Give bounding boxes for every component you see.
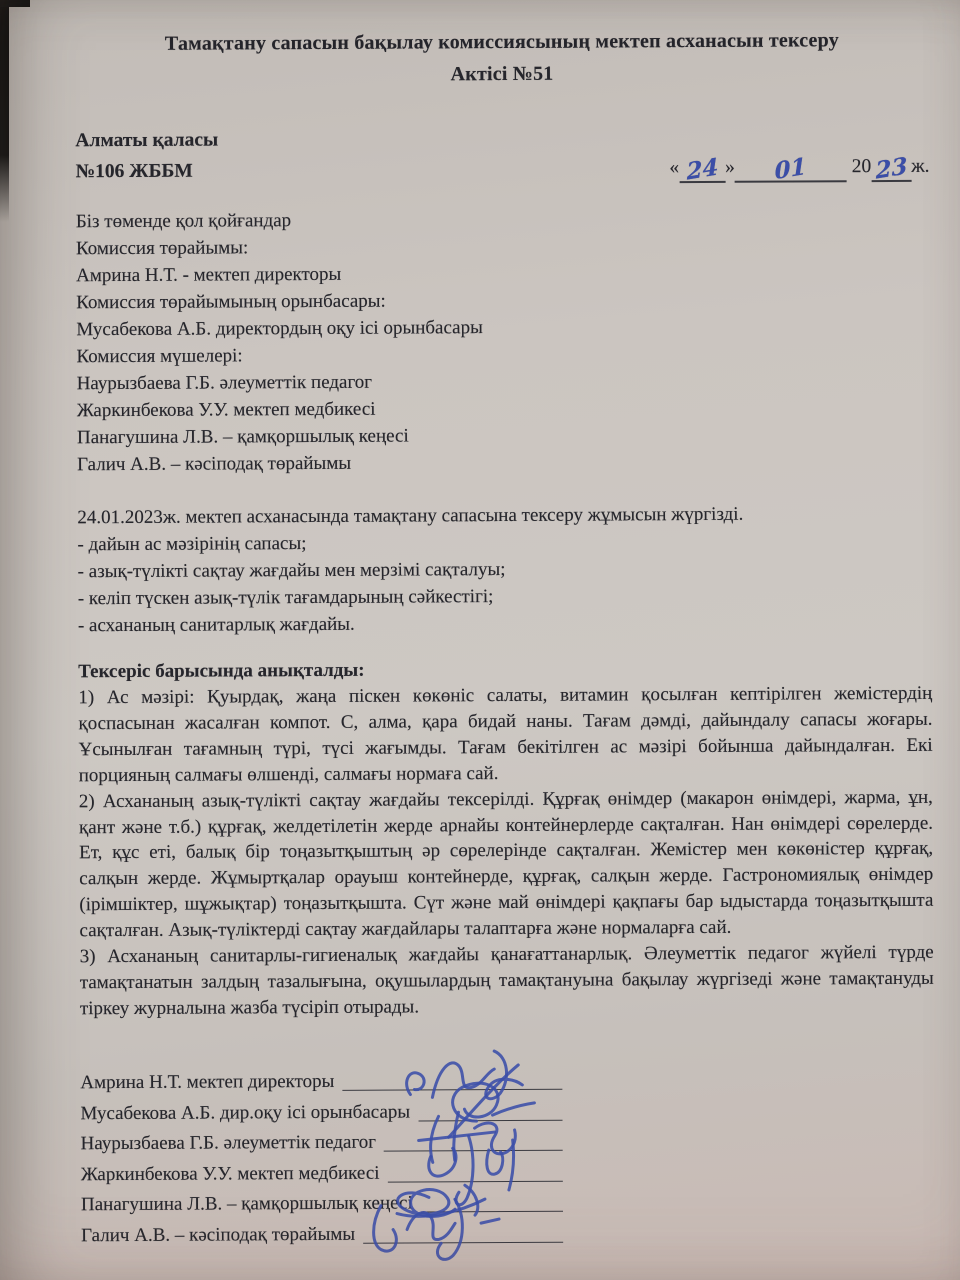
signature-line bbox=[421, 1192, 563, 1213]
signature-row: Панагушина Л.В. – қамқоршылық кеңесі bbox=[81, 1186, 563, 1219]
intro-line: Галич А.В. – кәсіподақ төрайымы bbox=[77, 447, 931, 478]
handwritten-day: 24 bbox=[686, 157, 718, 182]
signatory-name: Галич А.В. – кәсіподақ төрайымы bbox=[81, 1220, 355, 1250]
signature-line bbox=[342, 1070, 562, 1091]
document-content: Тамақтану сапасын бақылау комиссиясының … bbox=[75, 24, 935, 1250]
findings-section: Тексеріс барысында анықталды: 1) Ас мәзі… bbox=[78, 654, 934, 1022]
handwritten-year: 23 bbox=[875, 156, 907, 181]
signature-row: Жаркинбекова У.У. мектеп медбикесі bbox=[81, 1156, 563, 1189]
signature-block: Амрина Н.Т. мектеп директоры Мусабекова … bbox=[80, 1063, 935, 1250]
city-label: Алматы қаласы bbox=[75, 124, 218, 156]
date-suffix: ж. bbox=[911, 156, 929, 177]
date-year-underline: 23 bbox=[871, 156, 911, 182]
date-close-quote: » bbox=[725, 157, 735, 178]
school-label: №106 ЖББМ bbox=[75, 155, 218, 187]
signatory-name: Жаркинбекова У.У. мектеп медбикесі bbox=[81, 1158, 380, 1189]
signature-row: Амрина Н.Т. мектеп директоры bbox=[80, 1064, 562, 1097]
document-subtitle: Актісі №51 bbox=[75, 56, 929, 92]
scanned-document-page: Тамақтану сапасын бақылау комиссиясының … bbox=[0, 0, 960, 1280]
signatory-name: Панагушина Л.В. – қамқоршылық кеңесі bbox=[81, 1189, 413, 1220]
document-title: Тамақтану сапасын бақылау комиссиясының … bbox=[75, 24, 929, 60]
signature-line bbox=[387, 1161, 562, 1182]
inspection-scope: 24.01.2023ж. мектеп асханасында тамақтан… bbox=[77, 500, 932, 639]
handwritten-month: 01 bbox=[775, 157, 807, 182]
signature-row: Галич А.В. – кәсіподақ төрайымы bbox=[81, 1217, 563, 1250]
inspection-bullet: - асхананың санитарлық жағдайы. bbox=[78, 608, 932, 639]
scan-edge-artifact bbox=[0, 0, 9, 222]
scan-corner-artifact bbox=[0, 0, 30, 7]
findings-paragraph-1: 1) Ас мәзірі: Қуырдақ, жаңа піскен көкөн… bbox=[78, 681, 933, 789]
findings-paragraph-2: 2) Асхананың азық-түлікті сақтау жағдайы… bbox=[79, 784, 934, 944]
signature-line bbox=[363, 1222, 563, 1243]
commission-list: Біз төменде қол қойғандар Комиссия төрай… bbox=[76, 204, 931, 478]
signatory-name: Наурызбаева Г.Б. әлеуметтік педагог bbox=[81, 1128, 377, 1159]
meta-left: Алматы қаласы №106 ЖББМ bbox=[75, 124, 218, 187]
signature-row: Наурызбаева Г.Б. әлеуметтік педагог bbox=[81, 1125, 563, 1158]
date-open-quote: « bbox=[669, 157, 679, 178]
date-year-prefix: 20 bbox=[852, 156, 872, 177]
meta-row: Алматы қаласы №106 ЖББМ «24»01 2023ж. bbox=[75, 121, 929, 187]
signature-row: Мусабекова А.Б. дир.оқу ісі орынбасары bbox=[80, 1095, 562, 1128]
findings-paragraph-3: 3) Асхананың санитарлы-гигиеналық жағдай… bbox=[80, 940, 934, 1022]
date-day-underline: 24 bbox=[679, 157, 725, 183]
date-line: «24»01 2023ж. bbox=[669, 152, 929, 184]
signature-line bbox=[418, 1100, 562, 1121]
signatory-name: Амрина Н.Т. мектеп директоры bbox=[80, 1067, 334, 1097]
signatory-name: Мусабекова А.Б. дир.оқу ісі орынбасары bbox=[80, 1097, 410, 1128]
signature-line bbox=[384, 1131, 563, 1152]
date-month-underline: 01 bbox=[735, 156, 847, 183]
